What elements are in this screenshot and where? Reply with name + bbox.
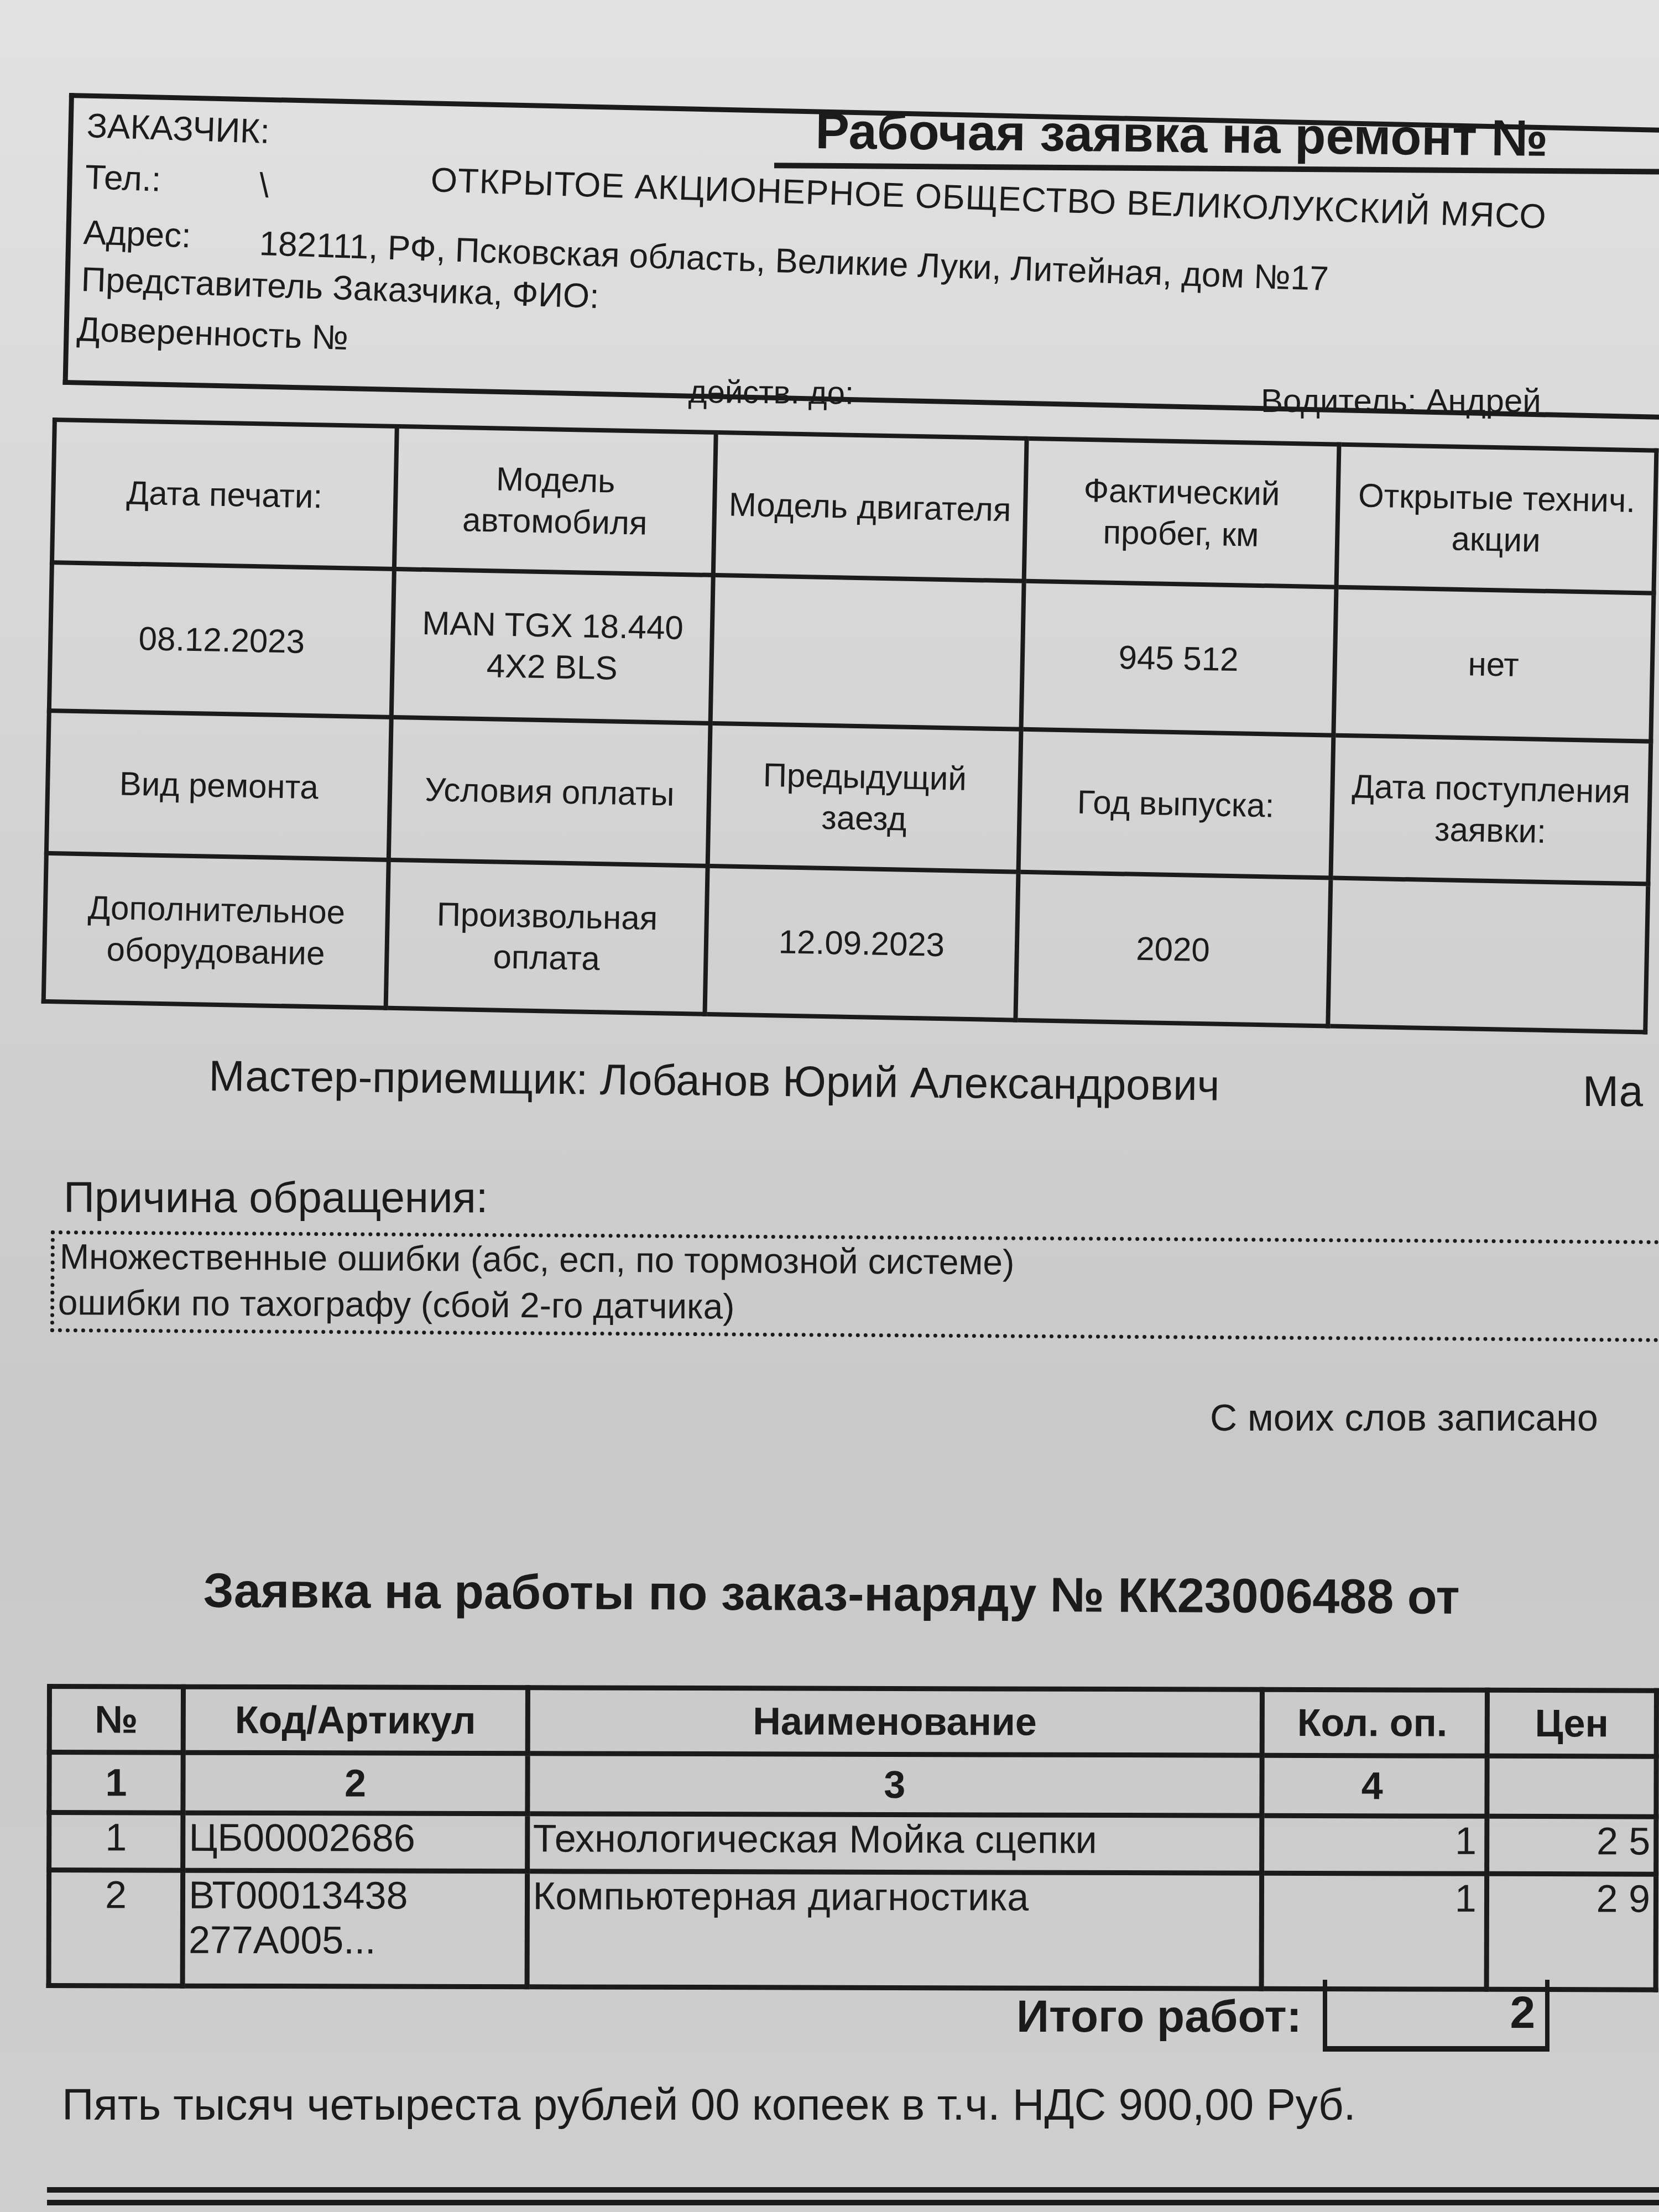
row-name: Технологическая Мойка сцепки — [527, 1814, 1261, 1873]
previous-visit-value: 12.09.2023 — [705, 866, 1018, 1020]
driver: Водитель: Андрей — [1261, 382, 1541, 420]
row-no: 1 — [49, 1813, 183, 1871]
work-order-title: Заявка на работы по заказ-наряду № КК230… — [203, 1562, 1459, 1625]
table-row: 1 ЦБ00002686 Технологическая Мойка сцепк… — [49, 1813, 1656, 1875]
engine-model-value — [711, 575, 1024, 729]
car-model-value: MAN TGX 18.440 4X2 BLS — [392, 569, 713, 723]
col-price-header: Цен — [1487, 1690, 1657, 1756]
col-code-header: Код/Артикул — [183, 1687, 528, 1754]
year-header: Год выпуска: — [1018, 729, 1333, 878]
table-row: 08.12.2023 MAN TGX 18.440 4X2 BLS 945 51… — [49, 562, 1654, 742]
vehicle-info-table: Дата печати: Модель автомобиля Модель дв… — [41, 418, 1659, 1035]
row-code: ВТ00013438 277А005... — [182, 1870, 527, 1987]
bottom-rule — [47, 2187, 1659, 2193]
mileage-header: Фактический пробег, км — [1024, 439, 1339, 587]
row-code: ЦБ00002686 — [183, 1813, 528, 1871]
table-row: Дополнительное оборудование Произвольная… — [44, 853, 1648, 1032]
column-numbers-row: 1 2 3 4 — [49, 1752, 1656, 1817]
year-value: 2020 — [1015, 872, 1331, 1026]
table-row: 2 ВТ00013438 277А005... Компьютерная диа… — [49, 1870, 1656, 1990]
col-number: 3 — [528, 1754, 1262, 1815]
valid-until-label: действ. до: — [688, 373, 854, 412]
table-header-row: № Код/Артикул Наименование Кол. оп. Цен — [49, 1687, 1656, 1757]
driver-label: Водитель: — [1261, 382, 1417, 419]
col-name-header: Наименование — [528, 1688, 1262, 1755]
address-label: Адрес: — [83, 213, 192, 255]
previous-visit-header: Предыдущий заезд — [708, 723, 1021, 872]
master-right-fragment: Ма — [1583, 1066, 1643, 1117]
print-date-value: 08.12.2023 — [49, 562, 394, 717]
row-qty: 1 — [1261, 1873, 1486, 1989]
master-receiver: Мастер-приемщик: Лобанов Юрий Александро… — [208, 1051, 1220, 1111]
recorded-note: С моих слов записано — [1210, 1396, 1598, 1439]
reason-line: ошибки по тахографу (сбой 2-го датчика) — [58, 1282, 735, 1327]
phone-label: Тел.: — [85, 158, 162, 200]
tech-campaigns-header: Открытые технич. акции — [1336, 445, 1656, 593]
mileage-value: 945 512 — [1021, 581, 1336, 735]
row-name: Компьютерная диагностика — [527, 1871, 1262, 1989]
col-number: 4 — [1262, 1755, 1487, 1816]
phone-value: \ — [259, 166, 270, 206]
bottom-rule — [47, 2200, 1659, 2205]
col-number — [1487, 1756, 1657, 1817]
repair-type-header: Вид ремонта — [46, 711, 392, 860]
col-qty-header: Кол. оп. — [1262, 1689, 1487, 1756]
reason-line: Множественные ошибки (абс, есп, по тормо… — [60, 1236, 1015, 1283]
request-date-header: Дата поступления заявки: — [1331, 735, 1651, 884]
tech-campaigns-value: нет — [1333, 587, 1653, 742]
request-date-value — [1328, 878, 1648, 1032]
row-no: 2 — [49, 1870, 183, 1986]
row-qty: 1 — [1261, 1815, 1486, 1874]
amount-in-words: Пять тысяч четыреста рублей 00 копеек в … — [62, 2079, 1356, 2130]
driver-value: Андрей — [1426, 382, 1541, 419]
payment-terms-header: Условия оплаты — [389, 717, 711, 866]
total-works-value: 2 — [1323, 1980, 1550, 2052]
payment-terms-value: Произвольная оплата — [386, 860, 708, 1014]
repair-type-value: Дополнительное оборудование — [44, 853, 389, 1008]
engine-model-header: Модель двигателя — [713, 432, 1026, 581]
row-price: 2 9 — [1486, 1874, 1656, 1990]
total-works-label: Итого работ: — [1016, 1991, 1302, 2043]
row-price: 2 5 — [1486, 1816, 1656, 1874]
works-table: № Код/Артикул Наименование Кол. оп. Цен … — [46, 1684, 1659, 1992]
document-title: Рабочая заявка на ремонт № — [815, 102, 1548, 168]
col-number: 1 — [49, 1752, 183, 1813]
car-model-header: Модель автомобиля — [394, 426, 716, 575]
reason-label: Причина обращения: — [64, 1172, 488, 1223]
col-no-header: № — [49, 1687, 183, 1753]
col-number: 2 — [183, 1752, 528, 1814]
customer-label: ЗАКАЗЧИК: — [86, 106, 270, 152]
print-date-header: Дата печати: — [52, 420, 397, 569]
